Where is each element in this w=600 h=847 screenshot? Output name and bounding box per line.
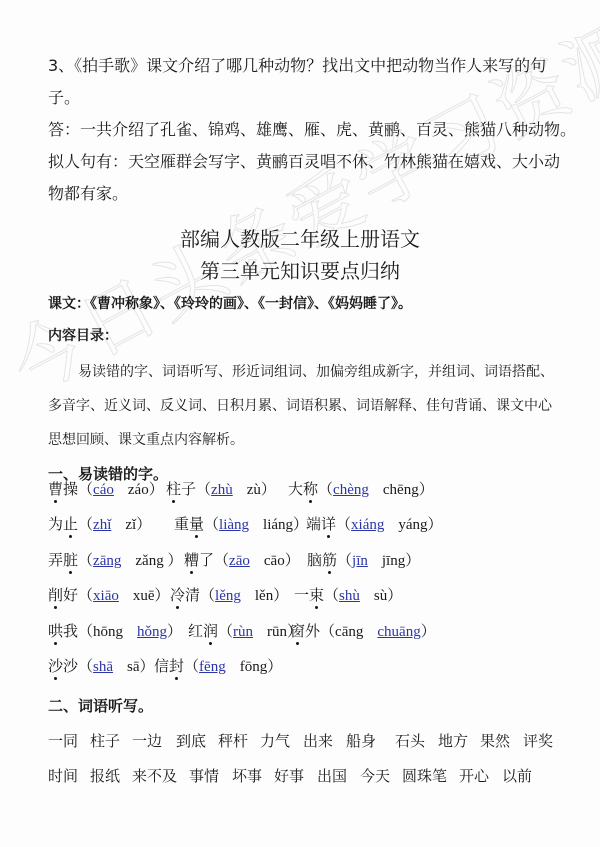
pinyin-item: 沙沙（shāsā） [48,656,155,677]
pinyin-item: 糟了（zāocāo） [184,550,300,571]
close-paren: ） [140,657,155,675]
open-paren: （ [318,480,333,498]
open-paren: （ [78,480,93,498]
word-char: 削 [48,585,63,605]
pinyin-option-b: cāo [264,553,285,569]
word-char: 束 [309,585,324,605]
word-char: 曹 [48,479,63,499]
close-paren: ） [167,622,182,640]
pinyin-option-a: chèng [333,482,369,498]
pinyin-option-a: zhǐ [93,517,111,533]
open-paren: （ [78,551,93,569]
pinyin-option-b: hǒng [137,624,167,640]
pinyin-option-a: xiāo [93,588,119,604]
toc-line-2: 多音字、近义词、反义词、日积月累、词语积累、词语解释、佳句背诵、课文中心 [48,396,552,416]
pinyin-item: 削好（xiāoxuē） [48,585,170,606]
close-paren: ） [149,480,164,498]
pinyin-option-b: záo [128,482,149,498]
pinyin-option-b: liáng [263,517,293,533]
dictation-word: 出来 [303,731,333,751]
close-paren: ） [285,551,300,569]
word-char: 为 [48,515,63,533]
pinyin-option-a: jīn [352,553,368,569]
word-char: 一 [294,586,309,604]
pinyin-option-b: rūn [267,624,287,640]
word-char: 窗 [290,621,305,641]
word-char: 止 [63,514,78,534]
word-char: 冷 [170,585,185,605]
word-char: 柱 [166,479,181,499]
open-paren: （ [184,657,199,675]
dictation-word: 石头 [395,731,425,751]
pinyin-option-a: zhù [211,482,233,498]
close-paren: ） [419,480,434,498]
close-paren: ） [167,551,182,569]
pinyin-option-b: jīng [382,553,405,569]
pinyin-option-a: fēng [199,659,226,675]
close-paren: ） [387,586,402,604]
open-paren: （ [78,586,93,604]
pinyin-option-a: hōng [93,624,123,640]
dictation-word: 出国 [317,766,347,786]
word-char: 称 [303,479,318,499]
close-paren: ） [421,622,436,640]
close-paren: ） [428,515,443,533]
pinyin-item: 窗外（cāngchuāng） [290,621,436,642]
dictation-word: 地方 [438,731,468,751]
word-char: 清 [185,586,200,604]
pinyin-option-a: lěng [215,588,241,604]
pinyin-option-b: zǎng [135,553,167,569]
dictation-word: 力气 [260,731,290,751]
pinyin-item: 红润（rùnrūn） [188,621,302,642]
pinyin-option-a: liàng [219,517,249,533]
word-char: 脑 [307,551,322,569]
word-char: 哄 [48,621,63,641]
dictation-word: 来不及 [132,766,177,786]
dictation-word: 以前 [502,766,532,786]
pinyin-option-a: cáo [93,482,114,498]
word-char: 润 [203,621,218,641]
open-paren: （ [324,586,339,604]
pinyin-item: 弄脏（zāngzǎng ） [48,550,182,571]
pinyin-option-b: fōng [240,659,268,675]
close-paren: ） [261,480,276,498]
pinyin-option-b: sā [127,659,140,675]
pinyin-option-a: rùn [233,624,253,640]
word-char: 糟 [184,550,199,570]
toc-line-3: 思想回顾、课文重点内容解析。 [48,430,244,450]
pinyin-option-b: lěn [255,588,273,604]
open-paren: （ [214,551,229,569]
dictation-word: 船身 [346,731,376,751]
dictation-word: 到底 [176,731,206,751]
open-paren: （ [204,515,219,533]
open-paren: （ [218,622,233,640]
word-char: 脏 [63,550,78,570]
open-paren: （ [78,622,93,640]
pinyin-option-b: sù [374,588,387,604]
dictation-word: 时间 [48,766,78,786]
word-char: 弄 [48,551,63,569]
word-char: 量 [189,514,204,534]
word-char: 端 [306,515,321,533]
pinyin-option-b: yáng [398,517,427,533]
word-char: 沙 [63,657,78,675]
pinyin-item: 柱子（zhùzù） [166,479,276,500]
pinyin-option-b: chuāng [377,624,420,640]
section-2-heading: 二、词语听写。 [48,696,153,716]
dictation-word: 好事 [274,766,304,786]
word-char: 了 [199,551,214,569]
pinyin-option-b: chēng [383,482,419,498]
pinyin-item: 为止（zhǐzǐ） [48,514,151,535]
pinyin-option-a: shā [93,659,113,675]
word-char: 我 [63,622,78,640]
word-char: 沙 [48,656,63,676]
page-title-line-1: 部编人教版二年级上册语文 [0,226,600,252]
pinyin-item: 信封（fēngfōng） [154,656,282,677]
word-char: 外 [305,622,320,640]
pinyin-item: 端详（xiángyáng） [306,514,443,535]
pinyin-item: 重量（liàngliáng） [174,514,308,535]
dictation-word: 今天 [360,766,390,786]
close-paren: ） [267,657,282,675]
open-paren: （ [78,657,93,675]
pinyin-option-b: zǐ [125,517,136,533]
close-paren: ） [155,586,170,604]
pinyin-item: 脑筋（jīnjīng） [307,550,420,571]
word-char: 封 [169,656,184,676]
question-line-1: 3、《拍手歌》课文介绍了哪几种动物？找出文中把动物当作人来写的句 [48,56,546,76]
pinyin-item: 哄我（hōnghǒng） [48,621,182,642]
dictation-word: 报纸 [90,766,120,786]
dictation-word: 评奖 [523,731,553,751]
word-char: 子 [181,480,196,498]
pinyin-item: 冷清（lěnglěn） [170,585,288,606]
watermark: 今日头条爱学习资源站 [0,20,600,414]
pinyin-item: 曹操（cáozáo） [48,479,164,500]
pinyin-option-a: shù [339,588,360,604]
open-paren: （ [200,586,215,604]
page-title-line-2: 第三单元知识要点归纳 [0,258,600,284]
word-char: 详 [321,514,336,534]
word-char: 重 [174,515,189,533]
close-paren: ） [405,551,420,569]
open-paren: （ [78,515,93,533]
toc-line-1: 易读错的字、词语听写、形近词组词、加偏旁组成新字，并组词、词语搭配、 [48,362,554,382]
dictation-word: 柱子 [90,731,120,751]
open-paren: （ [196,480,211,498]
close-paren: ） [136,515,151,533]
answer-line-3: 物都有家。 [48,184,128,204]
dictation-word: 一同 [48,731,78,751]
pinyin-option-b: xuē [133,588,155,604]
pinyin-option-a: cāng [335,624,363,640]
dictation-word: 开心 [459,766,489,786]
word-char: 好 [63,586,78,604]
pinyin-item: 一束（shùsù） [294,585,402,606]
pinyin-item: 大称（chèngchēng） [288,479,434,500]
toc-heading: 内容目录： [48,326,118,346]
pinyin-option-a: xiáng [351,517,384,533]
word-char: 大 [288,480,303,498]
word-char: 筋 [322,550,337,570]
dictation-word: 圆珠笔 [402,766,447,786]
open-paren: （ [320,622,335,640]
dictation-word: 坏事 [232,766,262,786]
dictation-word: 果然 [480,731,510,751]
pinyin-option-b: zù [247,482,261,498]
word-char: 操 [63,480,78,498]
dictation-word: 秤杆 [218,731,248,751]
word-char: 红 [188,622,203,640]
pinyin-option-a: zāo [229,553,250,569]
dictation-word: 事情 [189,766,219,786]
open-paren: （ [336,515,351,533]
dictation-word: 一边 [132,731,162,751]
close-paren: ） [273,586,288,604]
pinyin-option-a: zāng [93,553,121,569]
word-char: 信 [154,657,169,675]
answer-line-1: 答：一共介绍了孔雀、锦鸡、雄鹰、雁、虎、黄鹂、百灵、熊猫八种动物。 [48,120,576,140]
open-paren: （ [337,551,352,569]
question-line-2: 子。 [48,88,80,108]
document-page: 今日头条爱学习资源站 3、《拍手歌》课文介绍了哪几种动物？找出文中把动物当作人来… [0,0,600,847]
lessons-list: 课文：《曹冲称象》、《玲玲的画》、《一封信》、《妈妈睡了》。 [48,294,412,314]
answer-line-2: 拟人句有：天空雁群会写字、黄鹂百灵唱不休、竹林熊猫在嬉戏、大小动 [48,152,560,172]
